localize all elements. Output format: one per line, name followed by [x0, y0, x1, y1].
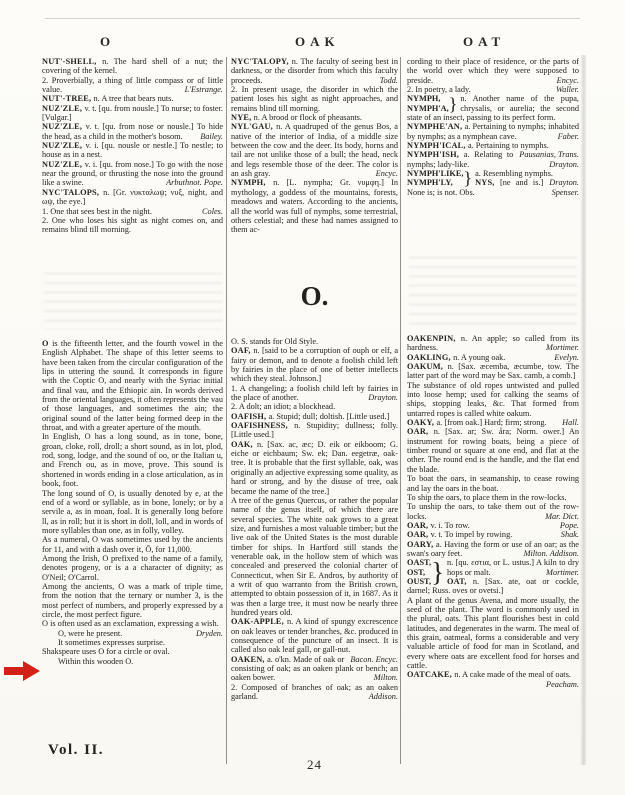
entry-citation: Arbuthnot. Pope. — [160, 178, 223, 187]
entry-citation: Mar. Dict. — [539, 512, 579, 521]
dictionary-entry: 1. A changeling; a foolish child left by… — [231, 384, 398, 403]
entry-headword: OAR, — [407, 530, 431, 539]
entry-headword: OAKY, — [407, 418, 436, 427]
running-head-right: OAT — [463, 34, 505, 50]
column-rule-left — [226, 57, 227, 764]
dictionary-entry: OAKLING, n. A young oak.Evelyn. — [407, 353, 579, 362]
dictionary-entry: The substance of old ropes untwisted and… — [407, 381, 579, 418]
column-left-main: O is the fifteenth letter, and the fourt… — [42, 339, 223, 666]
brace-glyph: } — [431, 560, 444, 584]
entry-headword: NYL'GAU, — [231, 122, 276, 131]
brace-glyph: } — [463, 170, 472, 186]
page-top-hairline — [45, 18, 580, 19]
entry-headword: OAFISH, — [231, 412, 269, 421]
entry-headword: OATCAKE, — [407, 670, 454, 679]
entry-citation: Pausanias, Trans. — [513, 150, 579, 159]
dictionary-entry: NYMPH, n. [L. nympha; Gr. νυμφη.] In myt… — [231, 178, 398, 234]
dictionary-entry: OARY, a. Having the form or use of an oa… — [407, 540, 579, 559]
dictionary-entry: NUZ'ZLE, v. i. [qu. from nose.] To go wi… — [42, 160, 223, 188]
bleed-through-texture — [44, 272, 222, 330]
entry-citation: Encyc. — [551, 76, 579, 85]
column-right-main: OAKENPIN, n. An apple; so called from it… — [407, 334, 579, 689]
dictionary-entry: NYC'TALOPS, n. [Gr. νυκταλωψ; νυξ, night… — [42, 188, 223, 207]
entry-citation: Bacon. Encyc. — [344, 655, 398, 664]
dictionary-entry: OAKY, a. [from oak.] Hard; firm; strong.… — [407, 418, 579, 427]
dictionary-entry: Within this wooden O. — [42, 657, 223, 666]
entry-citation: Drayton. — [362, 393, 398, 402]
entry-headword: NYC'TALOPS, — [42, 188, 103, 197]
entry-citation: Mortimer. — [540, 343, 579, 352]
dictionary-entry: NYMPHE'AN, a. Pertaining to nymphs; inha… — [407, 122, 579, 141]
dictionary-entry: OAR, v. i. To row.Pope. — [407, 521, 579, 530]
entry-headword: NYE, — [231, 113, 254, 122]
entry-citation: L'Estrange. — [179, 85, 223, 94]
dictionary-entry: OAKENPIN, n. An apple; so called from it… — [407, 334, 579, 353]
dictionary-entry: NYL'GAU, n. A quadruped of the genus Bos… — [231, 122, 398, 178]
entry-citation: Encyc. — [370, 169, 398, 178]
entry-citation: Drayton. — [543, 178, 579, 187]
column-middle-top: NYC'TALOPY, n. The faculty of seeing bes… — [231, 57, 398, 235]
entry-headword: OARY, — [407, 540, 436, 549]
dictionary-entry: OAK-APPLE, n. A kind of spungy excrescen… — [231, 617, 398, 654]
dictionary-entry: 2. Proverbially, a thing of little compa… — [42, 76, 223, 95]
dictionary-entry: NUZ'ZLE, v. t. [qu. from nose or nousle.… — [42, 122, 223, 141]
entry-citation: Addison. — [363, 692, 398, 701]
entry-citation: Waller. — [550, 85, 579, 94]
dictionary-entry: OAFISH, a. Stupid; dull; doltish. [Littl… — [231, 412, 398, 421]
entry-headword: NUZ'ZLE, — [42, 104, 84, 113]
dictionary-entry: NUZ'ZLE, v. t. [qu. from nousle.] To nur… — [42, 104, 223, 123]
entry-headwords: NYMPH'LIKE,NYMPH'LY,} — [407, 169, 472, 188]
dictionary-entry: O is the fifteenth letter, and the fourt… — [42, 339, 223, 432]
entry-headword: NYS, — [475, 178, 500, 187]
dictionary-entry: Among the Irish, O prefixed to the name … — [42, 554, 223, 582]
dictionary-entry: 2. A dolt; an idiot; a blockhead. — [231, 402, 398, 411]
entry-citation: Peacham. — [540, 680, 579, 689]
entry-citation: Coles. — [196, 207, 223, 216]
dictionary-entry: Among the ancients, O was a mark of trip… — [42, 582, 223, 619]
entry-headwords: OAST,OST,OUST,} — [407, 558, 444, 586]
dictionary-entry: As a numeral, O was sometimes used by th… — [42, 535, 223, 554]
entry-headword: NYC'TALOPY, — [231, 57, 292, 66]
dictionary-entry: To unship the oars, to take them out of … — [407, 502, 579, 521]
annotation-arrow-icon — [4, 660, 40, 682]
entry-headword: OAK, — [231, 440, 257, 449]
dictionary-entry: OAK, n. [Sax. ac, æc; D. eik or eikboom;… — [231, 440, 398, 496]
entry-headword: NYMPH'ICAL, — [407, 141, 468, 150]
entry-headword: NYMPH, — [231, 178, 273, 187]
dictionary-entry: NYMPH'LIKE,NYMPH'LY,}a. Resembling nymph… — [407, 169, 579, 178]
entry-citation: Shak. — [555, 530, 579, 539]
dictionary-entry: OAR, n. [Sax. ar; Sw. åra; Norm. ower.] … — [407, 427, 579, 474]
dictionary-entry: O is often used as an exclamation, expre… — [42, 619, 223, 628]
dictionary-entry: NUZ'ZLE, v. i. [qu. nousle or nestle.] T… — [42, 141, 223, 160]
bleed-through-texture — [409, 256, 577, 328]
dictionary-entry: It sometimes expresses surprise. — [42, 638, 223, 647]
dictionary-entry: NYC'TALOPY, n. The faculty of seeing bes… — [231, 57, 398, 85]
column-rule-right — [400, 57, 401, 764]
dictionary-entry: O, were he present.Dryden. — [42, 629, 223, 638]
dictionary-entry: Shakspeare uses O for a circle or oval. — [42, 647, 223, 656]
dictionary-entry: NYE, n. A brood or flock of pheasants. — [231, 113, 398, 122]
dictionary-entry: OAFISHNESS, n. Stupidity; dullness; foll… — [231, 421, 398, 440]
dictionary-entry: To boat the oars, in seamanship, to ceas… — [407, 474, 579, 493]
entry-headword: OAF, — [231, 346, 253, 355]
entry-citation: Evelyn. — [548, 353, 579, 362]
dictionary-entry: A plant of the genus Avena, and more usu… — [407, 596, 579, 671]
dictionary-entry: OATCAKE, n. A cake made of the meal of o… — [407, 670, 579, 679]
dictionary-entry: OAF, n. [said to be a corruption of ouph… — [231, 346, 398, 383]
entry-citation: Hall. — [556, 418, 579, 427]
dictionary-entry: The long sound of O, is usually denoted … — [42, 489, 223, 536]
entry-citation: Dryden. — [190, 629, 223, 638]
entry-citation: Pope. — [554, 521, 579, 530]
dictionary-entry: NUT'-TREE, n. A tree that bears nuts. — [42, 94, 223, 103]
dictionary-entry: 2. Composed of branches of oak; as an oa… — [231, 683, 398, 702]
dictionary-entry: A tree of the genus Quercus, or rather t… — [231, 496, 398, 617]
column-left-top: NUT'-SHELL, n. The hard shell of a nut; … — [42, 57, 223, 235]
dictionary-entry: NYMPH,NYMPH'A,}n. Another name of the pu… — [407, 94, 579, 122]
brace-glyph: } — [449, 96, 458, 112]
dictionary-entry: To ship the oars, to place them in the r… — [407, 493, 579, 502]
dictionary-entry: O. S. stands for Old Style. — [231, 337, 398, 346]
dictionary-entry: OAKUM, n. [Sax. æcemba, æcumbe, tow. The… — [407, 362, 579, 381]
entry-citation: Spenser. — [546, 188, 579, 197]
entry-headword: OAKUM, — [407, 362, 448, 371]
entry-headword: OAR, — [407, 521, 431, 530]
annotation-arrow-shape — [4, 661, 40, 681]
dictionary-entry: cording to their place of residence, or … — [407, 57, 579, 85]
dictionary-entry: In English, O has a long sound, as in to… — [42, 432, 223, 488]
column-middle-main: O. S. stands for Old Style.OAF, n. [said… — [231, 337, 398, 701]
entry-citation: Todd. — [374, 76, 398, 85]
dictionary-entry: OAR, v. t. To impel by rowing.Shak. — [407, 530, 579, 539]
dictionary-entry: NUT'-SHELL, n. The hard shell of a nut; … — [42, 57, 223, 76]
entry-citation: Faber. — [552, 132, 579, 141]
entry-headword: OAKLING, — [407, 353, 453, 362]
running-head-left: O — [100, 34, 115, 50]
entry-headword: OAT, — [447, 577, 473, 586]
entry-citation: Bailey. — [194, 132, 223, 141]
entry-headword: NUT'-SHELL, — [42, 57, 102, 66]
entry-headwords: NYMPH,NYMPH'A,} — [407, 94, 457, 113]
entry-citation: Milton. Addison. — [518, 549, 579, 558]
scanned-dictionary-page: { "page": { "running_heads": ["O", "OAK"… — [0, 0, 625, 795]
dictionary-entry: 1. One that sees best in the night.Coles… — [42, 207, 223, 216]
dictionary-entry: 2. In poetry, a lady.Waller. — [407, 85, 579, 94]
volume-label: Vol. II. — [48, 742, 104, 759]
running-head-middle: OAK — [295, 34, 340, 50]
dictionary-entry: 2. One who loses his sight as night come… — [42, 216, 223, 235]
entry-headword: NUZ'ZLE, — [42, 160, 85, 169]
entry-citation: Mortimer. — [540, 568, 579, 577]
entry-citation: Drayton. — [543, 160, 579, 169]
dictionary-entry: NYMPH'ICAL, a. Pertaining to nymphs.Paus… — [407, 141, 579, 150]
entry-headword: OAKENPIN, — [407, 334, 461, 343]
entry-headword: OAR, — [407, 427, 434, 436]
entry-headword: OAKEN, — [231, 655, 267, 664]
page-fold-shadow — [580, 55, 587, 765]
entry-citation: Milton. — [368, 673, 398, 682]
entry-headword: NUT'-TREE, — [42, 94, 94, 103]
column-right-top: cording to their place of residence, or … — [407, 57, 579, 197]
dictionary-entry: OAST,OST,OUST,}n. [qu. εστια, or L. ustu… — [407, 558, 579, 577]
entry-headword: NUZ'ZLE, — [42, 141, 85, 150]
entry-headword: OAFISHNESS, — [231, 421, 294, 430]
entry-headword: OAK-APPLE, — [231, 617, 287, 626]
dictionary-entry: 2. In present usage, the disorder in whi… — [231, 85, 398, 113]
page-number: 24 — [231, 757, 398, 773]
entry-headword: O — [42, 339, 52, 348]
entry-headword: NUZ'ZLE, — [42, 122, 86, 131]
entry-headword: NYMPH'ISH, — [407, 150, 464, 159]
entry-headword: NYMPHE'AN, — [407, 122, 465, 131]
section-heading-letter-o: O. — [231, 281, 398, 312]
